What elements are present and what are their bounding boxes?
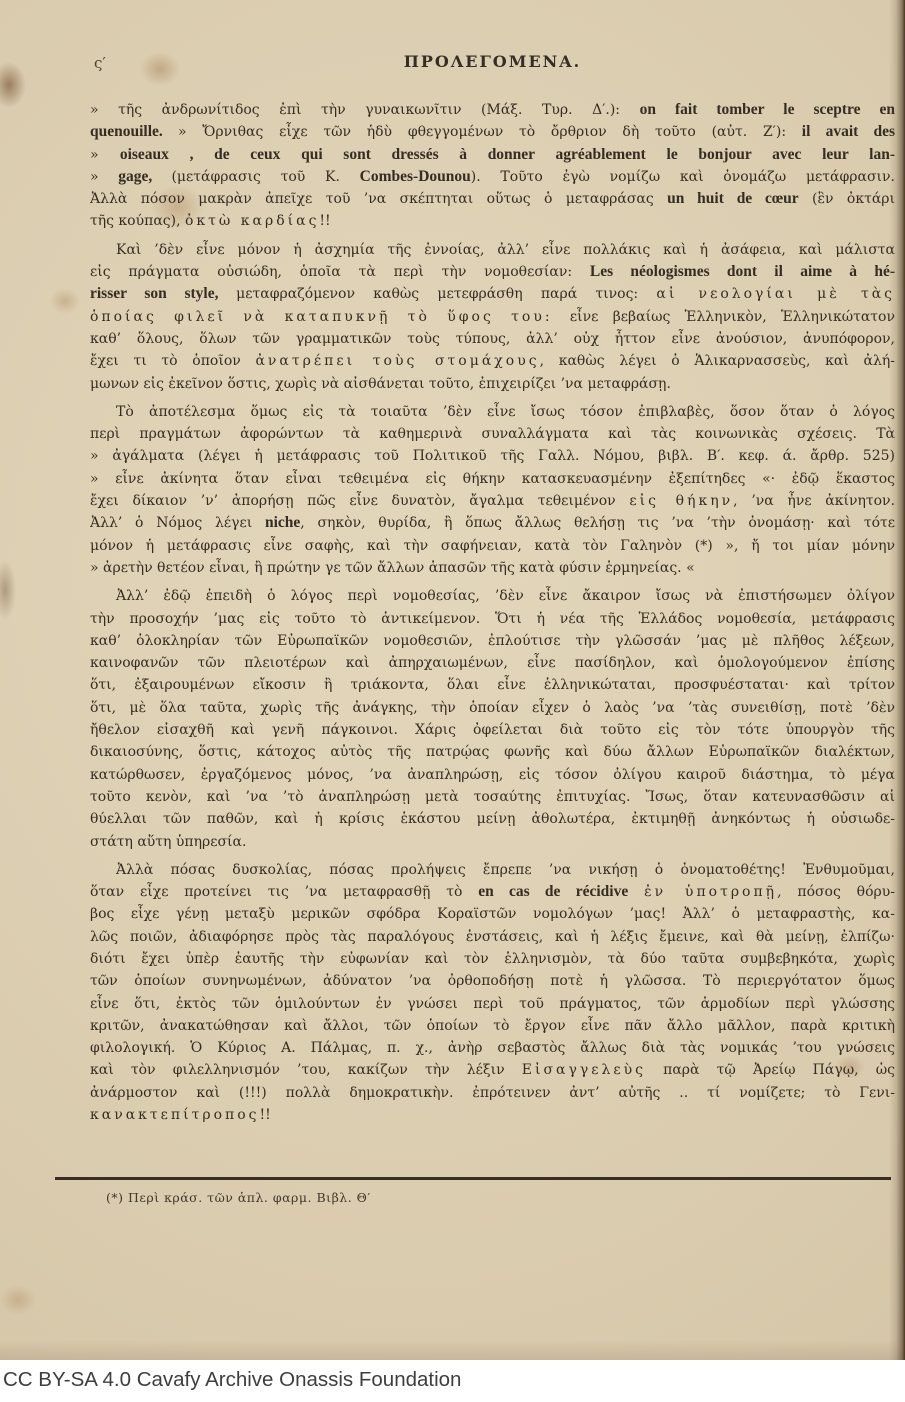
- text-segment: ἀνάρμοστον καὶ (!!!) πολλὰ δημοκρατικὴν.…: [90, 1085, 895, 1101]
- text-segment: ὁποίας φιλεῖ νὰ καταπυκνῇ τὸ ὕφος του:: [90, 309, 570, 325]
- text-line: καθ’ ὅλους, ὅλων τῶν γραμματικῶν τοὺς τύ…: [90, 328, 895, 350]
- text-segment: niche: [265, 514, 300, 531]
- text-segment: il avait des: [802, 123, 895, 140]
- text-line: καὶ τὸν φιλελληνισμόν ’του, κακίζων τὴν …: [90, 1059, 895, 1081]
- text-line: Ἀλλ’ ἐδῷ ἐπειδὴ ὁ λόγος περὶ νομοθεσίας,…: [90, 585, 895, 607]
- text-line: » ἀγάλματα (λέγει ἡ μετάφρασις τοῦ Πολιτ…: [90, 445, 895, 467]
- text-segment: oiseaux , de ceux qui sont dressés à don…: [120, 146, 895, 163]
- text-line: διότι ἔχει ὑπὲρ ἑαυτῆς τὴν εὐφωνίαν καὶ …: [90, 948, 895, 970]
- text-segment: ὅταν εἶχε προτείνει τις ’να μεταφρασθῇ τ…: [90, 884, 478, 900]
- text-line: quenouille. » Ὄρνιθας εἶχε τῶν ἡδὺ φθεγγ…: [90, 121, 895, 143]
- book-edge-shadow: [889, 0, 905, 1360]
- text-segment: τῆς κούπας),: [90, 213, 185, 229]
- text-segment: » τῆς ἀνδρωνίτιδος ἐπὶ τὴν γυναικωνῖτιν …: [90, 102, 640, 118]
- text-segment: ὅτι, ἐξαιρουμένων εἴκοσιν ἢ τριάκοντα, ὅ…: [90, 677, 895, 693]
- text-line: ἔχει δίκαιον ’ν’ ἀπορήσῃ πῶς εἶνε δυνατὸ…: [90, 490, 895, 512]
- text-line: θύελλαι τῶν παθῶν, καὶ ἡ κρίσις ἑκάστου …: [90, 808, 895, 830]
- text-segment: μεταφραζόμενον καθὼς μετεφράσθη παρά τιν…: [236, 286, 656, 302]
- text-segment: καὶ τὸν φιλελληνισμόν ’του, κακίζων τὴν …: [90, 1062, 522, 1078]
- text-line: εἰς πράγματα οὐσιώδη, ὁποῖα τὰ περὶ τὴν …: [90, 261, 895, 283]
- page-header: ς′ ΠΡΟΛΕΓΟΜΕΝΑ.: [90, 52, 895, 78]
- text-segment: τοῦτο κενὸν, καὶ ’να ’τὸ ἀναπληρώσῃ μετὰ…: [90, 789, 895, 805]
- paragraph: Ἀλλὰ πόσας δυσκολίας, πόσας προλήψεις ἔπ…: [90, 859, 895, 1127]
- text-line: στάτη αὕτη ὑπηρεσία.: [90, 831, 895, 853]
- text-segment: !!: [319, 213, 330, 229]
- text-segment: φιλολογική. Ὁ Κύριος Α. Πάλμας, π. χ., ἀ…: [90, 1040, 895, 1056]
- text-segment: καινοφανῶν τῶν πλειοτέρων καὶ ἀπηρχαιωμέ…: [90, 655, 895, 671]
- text-segment: quenouille.: [90, 123, 178, 140]
- paper-stain: [50, 288, 80, 314]
- text-segment: καθ’ ὅλους, ὅλων τῶν γραμματικῶν τοὺς τύ…: [90, 331, 895, 347]
- text-segment: παρὰ τῷ Ἀρείῳ Πάγῳ, ὡς: [646, 1062, 895, 1078]
- text-segment: θύελλαι τῶν παθῶν, καὶ ἡ κρίσις ἑκάστου …: [90, 811, 895, 827]
- text-segment: , πόσος θόρυ-: [777, 884, 895, 900]
- text-line: καθ’ ὁλοκληρίαν τῶν Εὐρωπαϊκῶν νομοθεσιῶ…: [90, 630, 895, 652]
- text-line: » εἶνε ἀκίνητα ὅταν εἶναι τεθειμένα εἰς …: [90, 468, 895, 490]
- text-segment: Les néologismes dont il aime à hé-: [590, 263, 895, 280]
- text-segment: ἀνατρέπει τοὺς στομάχους: [255, 353, 539, 369]
- text-line: Ἀλλὰ πόσας δυσκολίας, πόσας προλήψεις ἔπ…: [90, 859, 895, 881]
- text-segment: (ἓν ὀκτάρι: [799, 191, 895, 207]
- paper-stain: [0, 560, 16, 620]
- text-line: ὅτι, μὲ ὅλα ταῦτα, χωρὶς τῆς ἀνάγκης, τὴ…: [90, 697, 895, 719]
- text-segment: » εἶνε ἀκίνητα ὅταν εἶναι τεθειμένα εἰς …: [90, 471, 895, 487]
- paper-stain: [0, 62, 26, 108]
- text-line: risser son style, μεταφραζόμενον καθὼς μ…: [90, 283, 895, 305]
- text-segment: Τὸ ἀποτέλεσμα ὅμως εἰς τὰ τοιαῦτα ’δὲν ε…: [116, 404, 895, 420]
- text-line: ὁποίας φιλεῖ νὰ καταπυκνῇ τὸ ὕφος του: ε…: [90, 306, 895, 328]
- text-line: » gage, (μετάφρασις τοῦ Κ. Combes-Dounou…: [90, 166, 895, 188]
- text-line: τῶν ὁποίων συνηνωμένων, ἀδύνατον ’να ὀρθ…: [90, 970, 895, 992]
- text-line: κριτῶν, ἀνακατώθησαν καὶ ἄλλοι, τῶν ὁποί…: [90, 1015, 895, 1037]
- text-line: Ἀλλὰ πόσον μακρὰν ἀπεῖχε τοῦ ’να σκέπτητ…: [90, 188, 895, 210]
- text-line: ἤθελον εἰσαχθῆ καὶ γενῆ πάγκοινοι. Χάρις…: [90, 719, 895, 741]
- text-segment: περὶ πραγμάτων ἀφορώντων τὰ καθημερινὰ σ…: [90, 426, 895, 442]
- text-segment: αἱ νεολογίαι μὲ τὰς: [656, 286, 895, 302]
- text-line: ἀνάρμοστον καὶ (!!!) πολλὰ δημοκρατικὴν.…: [90, 1082, 895, 1104]
- text-line: περὶ πραγμάτων ἀφορώντων τὰ καθημερινὰ σ…: [90, 423, 895, 445]
- text-line: » oiseaux , de ceux qui sont dressés à d…: [90, 144, 895, 166]
- text-segment: Ἀλλὰ πόσας δυσκολίας, πόσας προλήψεις ἔπ…: [116, 862, 895, 878]
- text-line: τὴν προσοχήν ’μας εἰς τοῦτο τὸ ἀντικείμε…: [90, 608, 895, 630]
- text-segment: μωνων εἰς ἐκεῖνον ὅστις, χωρὶς νὰ αἰσθάν…: [90, 376, 671, 392]
- text-segment: »: [90, 147, 120, 163]
- text-segment: gage,: [118, 168, 171, 185]
- text-line: καινοφανῶν τῶν πλειοτέρων καὶ ἀπηρχαιωμέ…: [90, 652, 895, 674]
- scanned-book-page: ς′ ΠΡΟΛΕΓΟΜΕΝΑ. » τῆς ἀνδρωνίτιδος ἐπὶ τ…: [0, 0, 905, 1402]
- text-segment: Combes-Dounou: [360, 168, 471, 185]
- text-line: λῶς ποιῶν, ἀδιαφόρησε πρὸς τὰς παραλόγου…: [90, 926, 895, 948]
- text-segment: Ἀλλ’ ὁ Νόμος λέγει: [90, 515, 265, 531]
- text-segment: ). Τοῦτο ἐγὼ νομίζω καὶ ὀνομάζω μετάφρασ…: [471, 169, 895, 185]
- text-line: μωνων εἰς ἐκεῖνον ὅστις, χωρὶς νὰ αἰσθάν…: [90, 373, 895, 395]
- text-line: τῆς κούπας), ὀκτὼ καρδίας!!: [90, 210, 895, 232]
- license-text: CC BY-SA 4.0 Cavafy Archive Onassis Foun…: [3, 1368, 461, 1392]
- text-segment: Ἀλλ’ ἐδῷ ἐπειδὴ ὁ λόγος περὶ νομοθεσίας,…: [116, 588, 895, 604]
- text-segment: εἶνε βεβαίως Ἑλληνικὸν, Ἑλληνικώτατον: [570, 309, 895, 325]
- text-line: κανακτεπίτροπος!!: [90, 1104, 895, 1126]
- footnote: (*) Περὶ κράσ. τῶν ἁπλ. φαρμ. Βιβλ. Θ′: [106, 1190, 371, 1205]
- text-segment: » Ὄρνιθας εἶχε τῶν ἡδὺ φθεγγομένων τὸ ὄρ…: [178, 124, 802, 140]
- text-segment: λῶς ποιῶν, ἀδιαφόρησε πρὸς τὰς παραλόγου…: [90, 929, 895, 945]
- text-segment: δικαιοσύνης, ὅστις, κάτοχος αὐτὸς τῆς πα…: [90, 744, 895, 760]
- paper-stain: [0, 1285, 36, 1315]
- text-segment: εἰς πράγματα οὐσιώδη, ὁποῖα τὰ περὶ τὴν …: [90, 264, 590, 280]
- paragraph: Καὶ ’δὲν εἶνε μόνον ἡ ἀσχημία τῆς ἐννοία…: [90, 239, 895, 395]
- text-segment: ὀκτὼ καρδίας: [185, 213, 319, 229]
- text-line: ὅτι, ἐξαιρουμένων εἴκοσιν ἢ τριάκοντα, ὅ…: [90, 674, 895, 696]
- text-segment: , σηκὸν, θυρίδα, ἢ ὅπως ἄλλως θελήσῃ τις…: [300, 515, 895, 531]
- paragraph: Τὸ ἀποτέλεσμα ὅμως εἰς τὰ τοιαῦτα ’δὲν ε…: [90, 401, 895, 579]
- text-line: Καὶ ’δὲν εἶνε μόνον ἡ ἀσχημία τῆς ἐννοία…: [90, 239, 895, 261]
- license-bar: CC BY-SA 4.0 Cavafy Archive Onassis Foun…: [0, 1360, 905, 1402]
- text-segment: un huit de cœur: [667, 190, 799, 207]
- text-segment: , ’να ἦνε ἀκίνητον.: [733, 493, 895, 509]
- text-segment: μόνον ἡ μετάφρασις εἶνε σαφὴς, καὶ τὴν σ…: [90, 538, 895, 554]
- text-segment: risser son style,: [90, 285, 236, 302]
- text-segment: τὴν προσοχήν ’μας εἰς τοῦτο τὸ ἀντικείμε…: [90, 611, 895, 627]
- page-title: ΠΡΟΛΕΓΟΜΕΝΑ.: [90, 52, 895, 71]
- text-segment: διότι ἔχει ὑπὲρ ἑαυτῆς τὴν εὐφωνίαν καὶ …: [90, 951, 895, 967]
- text-segment: [628, 884, 644, 900]
- page-bottom-shade: [0, 1340, 905, 1360]
- text-segment: εἰς θήκην: [629, 493, 733, 509]
- paragraph: » τῆς ἀνδρωνίτιδος ἐπὶ τὴν γυναικωνῖτιν …: [90, 99, 895, 233]
- text-line: » ἀρετὴν θετέον εἶναι, ἢ πρώτην γε τῶν ἄ…: [90, 557, 895, 579]
- text-segment: στάτη αὕτη ὑπηρεσία.: [90, 834, 246, 850]
- text-segment: κανακτεπίτροπος: [90, 1107, 259, 1123]
- text-line: τοῦτο κενὸν, καὶ ’να ’τὸ ἀναπληρώσῃ μετὰ…: [90, 786, 895, 808]
- text-line: εἶνε ὅτι, ἐκτὸς τῶν ὁμιλούντων ἐν γνώσει…: [90, 993, 895, 1015]
- text-segment: Καὶ ’δὲν εἶνε μόνον ἡ ἀσχημία τῆς ἐννοία…: [116, 242, 895, 258]
- text-line: φιλολογική. Ὁ Κύριος Α. Πάλμας, π. χ., ἀ…: [90, 1037, 895, 1059]
- text-segment: »: [90, 169, 118, 185]
- text-segment: ὅτι, μὲ ὅλα ταῦτα, χωρὶς τῆς ἀνάγκης, τὴ…: [90, 700, 895, 716]
- text-line: κατώρθωσεν, ἐργαζόμενος μόνος, ’να ἀναπλ…: [90, 764, 895, 786]
- text-segment: κατώρθωσεν, ἐργαζόμενος μόνος, ’να ἀναπλ…: [90, 767, 895, 783]
- text-line: δικαιοσύνης, ὅστις, κάτοχος αὐτὸς τῆς πα…: [90, 741, 895, 763]
- text-line: » τῆς ἀνδρωνίτιδος ἐπὶ τὴν γυναικωνῖτιν …: [90, 99, 895, 121]
- text-segment: κριτῶν, ἀνακατώθησαν καὶ ἄλλοι, τῶν ὁποί…: [90, 1018, 895, 1034]
- text-line: ἔχει τι τὸ ὁποῖον ἀνατρέπει τοὺς στομάχο…: [90, 350, 895, 372]
- text-segment: » ἀρετὴν θετέον εἶναι, ἢ πρώτην γε τῶν ἄ…: [90, 560, 695, 576]
- paragraphs: » τῆς ἀνδρωνίτιδος ἐπὶ τὴν γυναικωνῖτιν …: [90, 99, 895, 1132]
- text-segment: τῶν ὁποίων συνηνωμένων, ἀδύνατον ’να ὀρθ…: [90, 973, 895, 989]
- text-segment: ἐν ὑποτροπῇ: [644, 884, 777, 900]
- text-line: ὅταν εἶχε προτείνει τις ’να μεταφρασθῇ τ…: [90, 881, 895, 903]
- text-segment: on fait tomber le sceptre en: [640, 101, 895, 118]
- text-segment: (μετάφρασις τοῦ Κ.: [171, 169, 359, 185]
- text-segment: ἤθελον εἰσαχθῆ καὶ γενῆ πάγκοινοι. Χάρις…: [90, 722, 895, 738]
- footnote-rule: [55, 1177, 891, 1180]
- paragraph: Ἀλλ’ ἐδῷ ἐπειδὴ ὁ λόγος περὶ νομοθεσίας,…: [90, 585, 895, 853]
- text-line: Ἀλλ’ ὁ Νόμος λέγει niche, σηκὸν, θυρίδα,…: [90, 512, 895, 534]
- text-segment: , καθὼς λέγει ὁ Ἁλικαρνασσεὺς, καὶ ἀλή-: [540, 353, 895, 369]
- text-segment: en cas de récidive: [478, 883, 628, 900]
- text-line: μόνον ἡ μετάφρασις εἶνε σαφὴς, καὶ τὴν σ…: [90, 535, 895, 557]
- text-segment: ἔχει τι τὸ ὁποῖον: [90, 353, 255, 369]
- text-line: βος εἶχε γένῃ μεταξὺ μερικῶν σφόδρα Κορα…: [90, 903, 895, 925]
- text-segment: ἔχει δίκαιον ’ν’ ἀπορήσῃ πῶς εἶνε δυνατὸ…: [90, 493, 629, 509]
- text-segment: » ἀγάλματα (λέγει ἡ μετάφρασις τοῦ Πολιτ…: [90, 448, 895, 464]
- text-segment: εἶνε ὅτι, ἐκτὸς τῶν ὁμιλούντων ἐν γνώσει…: [90, 996, 895, 1012]
- text-segment: καθ’ ὁλοκληρίαν τῶν Εὐρωπαϊκῶν νομοθεσιῶ…: [90, 633, 895, 649]
- text-segment: Ἀλλὰ πόσον μακρὰν ἀπεῖχε τοῦ ’να σκέπτητ…: [90, 191, 667, 207]
- text-segment: Εἰσαγγελεὺς: [522, 1062, 646, 1078]
- text-line: Τὸ ἀποτέλεσμα ὅμως εἰς τὰ τοιαῦτα ’δὲν ε…: [90, 401, 895, 423]
- paper-background: ς′ ΠΡΟΛΕΓΟΜΕΝΑ. » τῆς ἀνδρωνίτιδος ἐπὶ τ…: [0, 0, 905, 1360]
- text-segment: !!: [259, 1107, 270, 1123]
- text-segment: βος εἶχε γένῃ μεταξὺ μερικῶν σφόδρα Κορα…: [90, 906, 895, 922]
